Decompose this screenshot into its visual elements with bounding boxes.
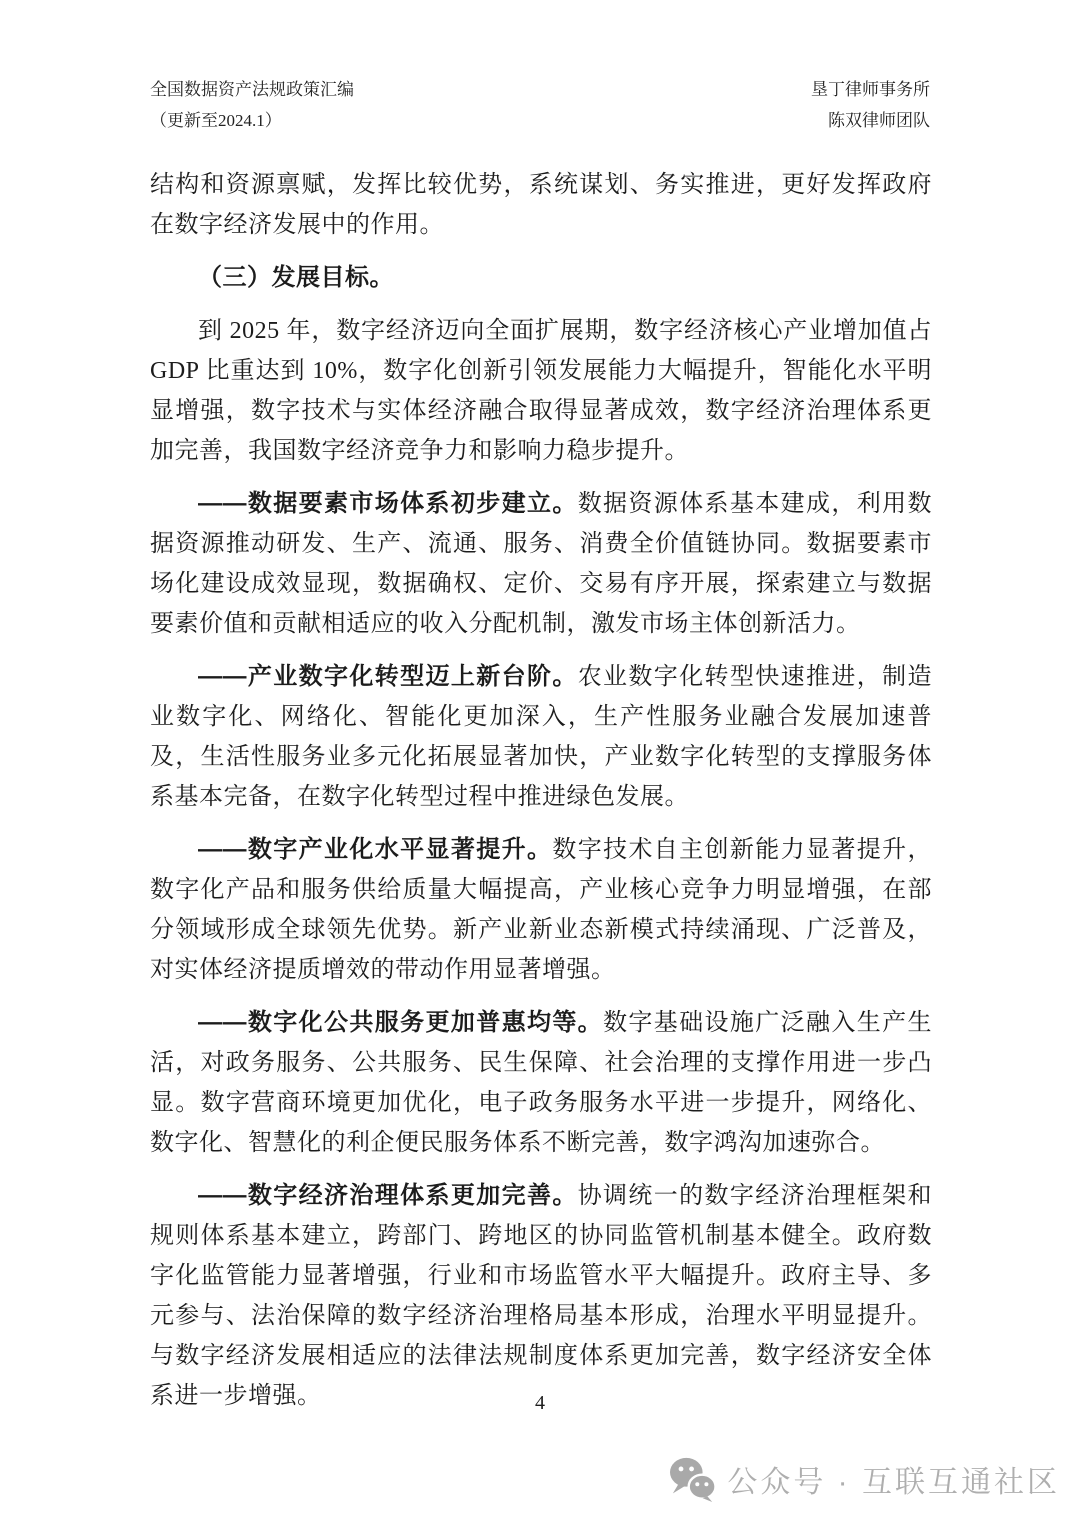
wechat-icon: [668, 1456, 718, 1502]
section-heading: （三）发展目标。: [150, 258, 932, 298]
paragraph-lead: ——数字化公共服务更加普惠均等。: [198, 1009, 603, 1036]
watermark-label: 公众号 · 互联互通社区: [727, 1457, 1060, 1501]
paragraph-public-services: ——数字化公共服务更加普惠均等。数字基础设施广泛融入生产生活，对政务服务、公共服…: [150, 1003, 932, 1163]
paragraph-data-market: ——数据要素市场体系初步建立。数据资源体系基本建成，利用数据资源推动研发、生产、…: [150, 484, 932, 644]
body-content: 结构和资源禀赋，发挥比较优势，系统谋划、务实推进，更好发挥政府在数字经济发展中的…: [150, 165, 932, 1429]
section-heading-text: （三）发展目标。: [198, 264, 394, 291]
paragraph-goals-overview: 到 2025 年，数字经济迈向全面扩展期，数字经济核心产业增加值占 GDP 比重…: [150, 311, 932, 471]
header-firm-name: 垦丁律师事务所: [811, 74, 930, 105]
paragraph-lead: ——数据要素市场体系初步建立。: [198, 490, 578, 517]
paragraph-text: 结构和资源禀赋，发挥比较优势，系统谋划、务实推进，更好发挥政府在数字经济发展中的…: [150, 172, 932, 238]
paragraph-digital-industrialization: ——数字产业化水平显著提升。数字技术自主创新能力显著提升，数字化产品和服务供给质…: [150, 830, 932, 990]
header-right: 垦丁律师事务所 陈双律师团队: [811, 74, 930, 136]
paragraph-text: 协调统一的数字经济治理框架和规则体系基本建立，跨部门、跨地区的协同监管机制基本健…: [150, 1183, 932, 1409]
paragraph-industry-digitalization: ——产业数字化转型迈上新台阶。农业数字化转型快速推进，制造业数字化、网络化、智能…: [150, 657, 932, 817]
document-page: 全国数据资产法规政策汇编 （更新至2024.1） 垦丁律师事务所 陈双律师团队 …: [0, 0, 1080, 1526]
paragraph-text: 到 2025 年，数字经济迈向全面扩展期，数字经济核心产业增加值占 GDP 比重…: [150, 318, 932, 464]
header-doc-title: 全国数据资产法规政策汇编: [150, 74, 354, 105]
paragraph-lead: ——产业数字化转型迈上新台阶。: [198, 663, 578, 690]
header-team-name: 陈双律师团队: [811, 105, 930, 136]
paragraph-lead: ——数字经济治理体系更加完善。: [198, 1182, 578, 1209]
page-number: 4: [0, 1392, 1080, 1415]
header-left: 全国数据资产法规政策汇编 （更新至2024.1）: [150, 74, 354, 136]
paragraph-lead: ——数字产业化水平显著提升。: [198, 836, 552, 863]
header-doc-version: （更新至2024.1）: [150, 105, 354, 136]
page-header: 全国数据资产法规政策汇编 （更新至2024.1） 垦丁律师事务所 陈双律师团队: [150, 74, 930, 136]
watermark: 公众号 · 互联互通社区: [668, 1456, 1060, 1502]
paragraph-continuation: 结构和资源禀赋，发挥比较优势，系统谋划、务实推进，更好发挥政府在数字经济发展中的…: [150, 165, 932, 245]
paragraph-governance-system: ——数字经济治理体系更加完善。协调统一的数字经济治理框架和规则体系基本建立，跨部…: [150, 1176, 932, 1416]
